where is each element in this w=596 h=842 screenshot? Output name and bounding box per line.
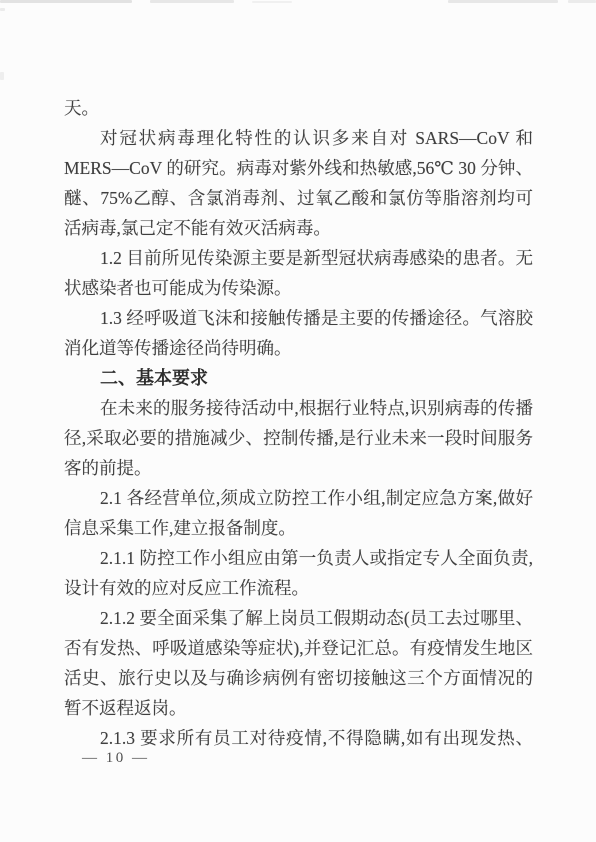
text-line: 客的前提。 — [64, 453, 533, 483]
scan-artifact-top-edge — [252, 1, 292, 3]
text-line: 径,采取必要的措施减少、控制传播,是行业未来一段时间服务顾 — [64, 423, 533, 453]
document-body: 天。对冠状病毒理化特性的认识多来自对 SARS—CoV 和MERS—CoV 的研… — [64, 93, 533, 753]
scan-artifact-left-edge — [0, 8, 5, 11]
page-number: — 10 — — [82, 743, 150, 773]
document-page: 天。对冠状病毒理化特性的认识多来自对 SARS—CoV 和MERS—CoV 的研… — [0, 0, 596, 842]
section-heading: 二、基本要求 — [64, 363, 533, 393]
text-line: MERS—CoV 的研究。病毒对紫外线和热敏感,56℃ 30 分钟、乙 — [64, 153, 533, 183]
text-line: 1.3 经呼吸道飞沫和接触传播是主要的传播途径。气溶胶和 — [64, 303, 533, 333]
scan-artifact-left-edge — [0, 72, 4, 80]
text-line: 设计有效的应对反应工作流程。 — [64, 573, 533, 603]
text-line: 活史、旅行史以及与确诊病例有密切接触这三个方面情况的员工 — [64, 663, 533, 693]
text-line: 否有发热、呼吸道感染等症状),并登记汇总。有疫情发生地区生 — [64, 633, 533, 663]
scan-artifact-top-edge — [448, 0, 558, 3]
text-line: 消化道等传播途径尚待明确。 — [64, 333, 533, 363]
text-line: 2.1.1 防控工作小组应由第一负责人或指定专人全面负责, — [64, 543, 533, 573]
text-line: 活病毒,氯己定不能有效灭活病毒。 — [64, 213, 533, 243]
text-line: 1.2 目前所见传染源主要是新型冠状病毒感染的患者。无症 — [64, 243, 533, 273]
scan-artifact-top-edge — [568, 0, 596, 3]
text-line: 醚、75%乙醇、含氯消毒剂、过氧乙酸和氯仿等脂溶剂均可有效灭 — [64, 183, 533, 213]
text-line: 暂不返程返岗。 — [64, 693, 533, 723]
text-line: 信息采集工作,建立报备制度。 — [64, 513, 533, 543]
text-line: 状感染者也可能成为传染源。 — [64, 273, 533, 303]
scan-artifact-top-edge — [0, 0, 132, 3]
text-line: 天。 — [64, 93, 533, 123]
text-line: 2.1.2 要全面采集了解上岗员工假期动态(员工去过哪里、是 — [64, 603, 533, 633]
text-line: 在未来的服务接待活动中,根据行业特点,识别病毒的传播途 — [64, 393, 533, 423]
text-line: 2.1 各经营单位,须成立防控工作小组,制定应急方案,做好 — [64, 483, 533, 513]
scan-artifact-top-edge — [150, 0, 234, 3]
text-line: 对冠状病毒理化特性的认识多来自对 SARS—CoV 和 — [64, 123, 533, 153]
